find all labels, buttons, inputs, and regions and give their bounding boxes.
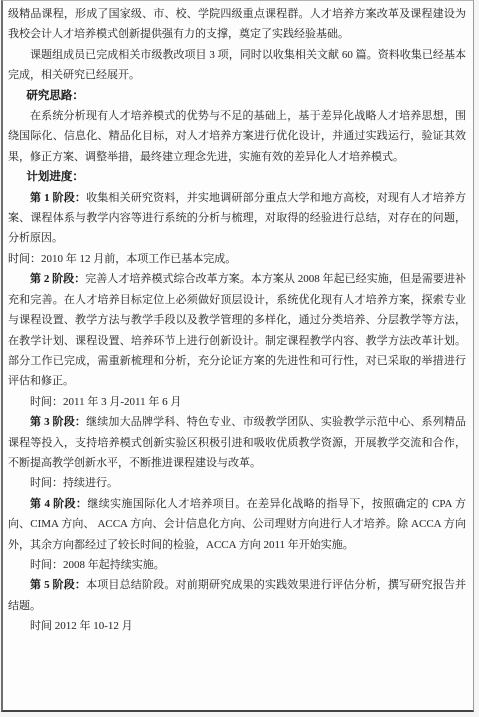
stage-4-time: 时间：2008 年起持续实施。 xyxy=(8,555,466,575)
stage-2-text: 完善人才培养模式综合改革方案。本方案从 2008 年起已经实施，但是需要进补充和… xyxy=(8,273,466,387)
stage-3-time: 时间：持续进行。 xyxy=(8,473,466,493)
stage-4-label: 第 4 阶段： xyxy=(30,498,87,510)
stage-2-paragraph: 第 2 阶段：完善人才培养模式综合改革方案。本方案从 2008 年起已经实施，但… xyxy=(8,269,466,391)
stage-5-paragraph: 第 5 阶段：本项目总结阶段。对前期研究成果的实践效果进行评估分析，撰写研究报告… xyxy=(8,575,466,616)
stage-2-label: 第 2 阶段： xyxy=(30,273,85,285)
section-heading-research-approach: 研究思路： xyxy=(8,86,466,106)
stage-2-time: 时间：2011 年 3 月-2011 年 6 月 xyxy=(8,392,466,412)
stage-1-time: 时间：2010 年 12 月前，本项工作已基本完成。 xyxy=(8,249,466,269)
paragraph-progress-summary: 课题组成员已完成相关市级教改项目 3 项，同时以收集相关文献 60 篇。资料收集… xyxy=(8,45,466,86)
paragraph-carryover: 级精品课程，形成了国家级、市、校、学院四级重点课程群。人才培养方案改革及课程建设… xyxy=(8,4,466,45)
stage-5-label: 第 5 阶段： xyxy=(30,579,86,591)
document-page: 级精品课程，形成了国家级、市、校、学院四级重点课程群。人才培养方案改革及课程建设… xyxy=(1,0,474,712)
paragraph-research-approach: 在系统分析现有人才培养模式的优势与不足的基础上，基于差异化战略人才培养思想，围绕… xyxy=(8,106,466,167)
stage-3-paragraph: 第 3 阶段：继续加大品牌学科、特色专业、市级教学团队、实验教学示范中心、系列精… xyxy=(8,412,466,473)
stage-1-paragraph: 第 1 阶段：收集相关研究资料，并实地调研部分重点大学和地方高校，对现有人才培养… xyxy=(8,188,466,249)
stage-4-paragraph: 第 4 阶段：继续实施国际化人才培养项目。在差异化战略的指导下，按照确定的 CP… xyxy=(8,494,466,555)
stage-5-time: 时间 2012 年 10-12 月 xyxy=(8,616,466,636)
stage-3-label: 第 3 阶段： xyxy=(30,416,86,428)
stage-1-label: 第 1 阶段： xyxy=(30,192,86,204)
section-heading-plan-schedule: 计划进度： xyxy=(8,167,466,187)
